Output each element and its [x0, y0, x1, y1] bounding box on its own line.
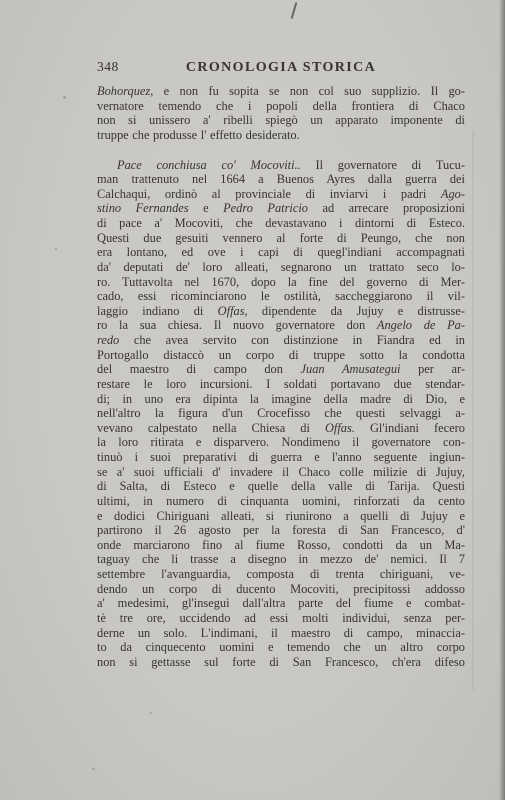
- paper-speck: [150, 712, 152, 714]
- text-run: to da cinquecento uomini e temendo che u…: [97, 640, 465, 654]
- text-run: settembre l'avanguardia, composta di tre…: [97, 567, 465, 581]
- text-run: vevano calpestato nella Chiesa di: [97, 421, 325, 435]
- text-run: tinuò i suoi preparativi di guerra e l'a…: [97, 450, 465, 464]
- running-title: CRONOLOGIA STORICA: [157, 60, 405, 76]
- text-line: settembre l'avanguardia, composta di tre…: [97, 567, 465, 582]
- text-line: tè tre ore, uccidendo ad essi molti indi…: [97, 611, 465, 626]
- text-line: non si unissero a' ribelli spiegò un app…: [97, 113, 465, 128]
- text-run: Il governatore di Tucu-: [301, 158, 465, 172]
- text-line: tinuò i suoi preparativi di guerra e l'a…: [97, 450, 465, 465]
- text-run: vernatore temendo che i popoli della fro…: [97, 99, 465, 113]
- text-line: non si gettasse sul forte di San Frances…: [97, 655, 465, 670]
- text-line: da' deputati de' loro alleati, segnarono…: [97, 260, 465, 275]
- text-line: stino Fernandes e Pedro Patricio ad arre…: [97, 201, 465, 216]
- text-run: ad arrecare proposizioni: [308, 201, 465, 215]
- text-line: dendo un corpo di ducento Mocoviti, prec…: [97, 582, 465, 597]
- text-line: ro. Tuttavolta nel 1670, dopo la fine de…: [97, 275, 465, 290]
- text-line: Portogallo distaccò un corpo di truppe s…: [97, 348, 465, 363]
- text-run: taguay che li trasse a disegno in mezzo …: [97, 552, 465, 566]
- text-run: ro la sua chiesa. Il nuovo governatore d…: [97, 318, 377, 332]
- text-line: del maestro di campo don Juan Amusategui…: [97, 362, 465, 377]
- paper-speck: [63, 96, 66, 99]
- text-line: laggio indiano di Offas, dipendente da J…: [97, 304, 465, 319]
- text-run: ro. Tuttavolta nel 1670, dopo la fine de…: [97, 275, 465, 289]
- text-run: nell'altro la figura d'un Crocefisso che…: [97, 406, 465, 420]
- text-run: di pace a' Mocoviti, che devastavano i d…: [97, 216, 465, 230]
- italic-text: redo: [97, 333, 119, 347]
- paragraph: Bohorquez, e non fu sopita se non col su…: [97, 84, 465, 143]
- text-run: non si unissero a' ribelli spiegò un app…: [97, 113, 465, 127]
- book-page-scan: 348 CRONOLOGIA STORICA Bohorquez, e non …: [0, 0, 505, 800]
- italic-text: Pace conchiusa co' Mocoviti..: [117, 158, 301, 172]
- paper-speck: [92, 768, 95, 770]
- text-run: man trattenuto nel 1664 a Buenos Ayres d…: [97, 172, 465, 186]
- text-run: di Salta, di Esteco e quelle della valle…: [97, 479, 465, 493]
- text-line: restare le loro incursioni. I soldati po…: [97, 377, 465, 392]
- text-line: partirono il 26 agosto per la foresta di…: [97, 523, 465, 538]
- page-crease: [472, 130, 474, 690]
- text-line: to da cinquecento uomini e temendo che u…: [97, 640, 465, 655]
- text-run: dendo un corpo di ducento Mocoviti, prec…: [97, 582, 465, 596]
- text-run: da' deputati de' loro alleati, segnarono…: [97, 260, 465, 274]
- text-line: derne un solo. L'indimani, il maestro di…: [97, 626, 465, 641]
- italic-text: Bohorquez,: [97, 84, 153, 98]
- text-run: per ar-: [401, 362, 466, 376]
- text-run: la loro ritirata e disparvero. Nondimeno…: [97, 435, 465, 449]
- text-run: che avea servito con distinzione in Fian…: [119, 333, 465, 347]
- text-line: la loro ritirata e disparvero. Nondimeno…: [97, 435, 465, 450]
- text-run: e: [189, 201, 223, 215]
- text-run: era lontano, ed ove i capi di quegl'indi…: [97, 245, 465, 259]
- text-run: tè tre ore, uccidendo ad essi molti indi…: [97, 611, 465, 625]
- text-line: se a' suoi ufficiali d' invadere il Chac…: [97, 465, 465, 480]
- text-line: redo che avea servito con distinzione in…: [97, 333, 465, 348]
- text-line: e dodici Chiriguani alleati, si riuniron…: [97, 509, 465, 524]
- text-line: vernatore temendo che i popoli della fro…: [97, 99, 465, 114]
- italic-text: Offas,: [218, 304, 248, 318]
- text-run: Portogallo distaccò un corpo di truppe s…: [97, 348, 465, 362]
- text-line: taguay che li trasse a disegno in mezzo …: [97, 552, 465, 567]
- text-run: truppe che produsse l' effetto desiderat…: [97, 128, 300, 142]
- text-run: dipendente da Jujuy e distrusse-: [248, 304, 465, 318]
- text-run: Gl'indiani fecero: [355, 421, 465, 435]
- text-run: cado, essi ricominciarono le ostilità, s…: [97, 289, 465, 303]
- text-run: derne un solo. L'indimani, il maestro di…: [97, 626, 465, 640]
- text-run: Questi due gesuiti vennero al forte di P…: [97, 231, 465, 245]
- text-line: truppe che produsse l' effetto desiderat…: [97, 128, 465, 143]
- text-run: partirono il 26 agosto per la foresta di…: [97, 523, 465, 537]
- text-line: vevano calpestato nella Chiesa di Offas.…: [97, 421, 465, 436]
- italic-text: Offas.: [325, 421, 355, 435]
- text-block: Bohorquez, e non fu sopita se non col su…: [97, 84, 465, 669]
- text-line: Bohorquez, e non fu sopita se non col su…: [97, 84, 465, 99]
- pen-mark: [291, 2, 297, 19]
- italic-text: Angelo de Pa-: [377, 318, 465, 332]
- text-line: ro la sua chiesa. Il nuovo governatore d…: [97, 318, 465, 333]
- text-line: cado, essi ricominciarono le ostilità, s…: [97, 289, 465, 304]
- page-header: 348 CRONOLOGIA STORICA: [97, 59, 465, 77]
- page-number: 348: [97, 59, 157, 75]
- text-line: nell'altro la figura d'un Crocefisso che…: [97, 406, 465, 421]
- text-run: di; in uno era dipinta la imagine della …: [97, 392, 465, 406]
- text-line: a' medesimi, gl'inseguì dall'altra parte…: [97, 596, 465, 611]
- text-run: ultimi, in numero di cinquanta uomini, r…: [97, 494, 465, 508]
- text-line: onde marciarono fino al fiume Rosso, con…: [97, 538, 465, 553]
- italic-text: Juan Amusategui: [301, 362, 401, 376]
- text-run: onde marciarono fino al fiume Rosso, con…: [97, 538, 465, 552]
- text-run: non si gettasse sul forte di San Frances…: [97, 655, 465, 669]
- text-run: del maestro di campo don: [97, 362, 301, 376]
- text-run: Calchaqui, ordinò al provinciale di invi…: [97, 187, 441, 201]
- text-run: laggio indiano di: [97, 304, 218, 318]
- text-run: e non fu sopita se non col suo supplizio…: [153, 84, 465, 98]
- text-run: se a' suoi ufficiali d' invadere il Chac…: [97, 465, 465, 479]
- italic-text: Ago-: [441, 187, 465, 201]
- text-line: Questi due gesuiti vennero al forte di P…: [97, 231, 465, 246]
- italic-text: Pedro Patricio: [223, 201, 308, 215]
- paper-speck: [55, 248, 57, 250]
- text-run: e dodici Chiriguani alleati, si riuniron…: [97, 509, 465, 523]
- text-line: Pace conchiusa co' Mocoviti.. Il governa…: [97, 158, 465, 173]
- page-edge-shadow: [499, 0, 505, 800]
- text-run: a' medesimi, gl'inseguì dall'altra parte…: [97, 596, 465, 610]
- text-line: Calchaqui, ordinò al provinciale di invi…: [97, 187, 465, 202]
- text-line: ultimi, in numero di cinquanta uomini, r…: [97, 494, 465, 509]
- italic-text: stino Fernandes: [97, 201, 189, 215]
- text-line: di pace a' Mocoviti, che devastavano i d…: [97, 216, 465, 231]
- paragraph: Pace conchiusa co' Mocoviti.. Il governa…: [97, 158, 465, 670]
- text-line: di Salta, di Esteco e quelle della valle…: [97, 479, 465, 494]
- text-line: era lontano, ed ove i capi di quegl'indi…: [97, 245, 465, 260]
- text-line: man trattenuto nel 1664 a Buenos Ayres d…: [97, 172, 465, 187]
- text-line: di; in uno era dipinta la imagine della …: [97, 392, 465, 407]
- text-run: restare le loro incursioni. I soldati po…: [97, 377, 465, 391]
